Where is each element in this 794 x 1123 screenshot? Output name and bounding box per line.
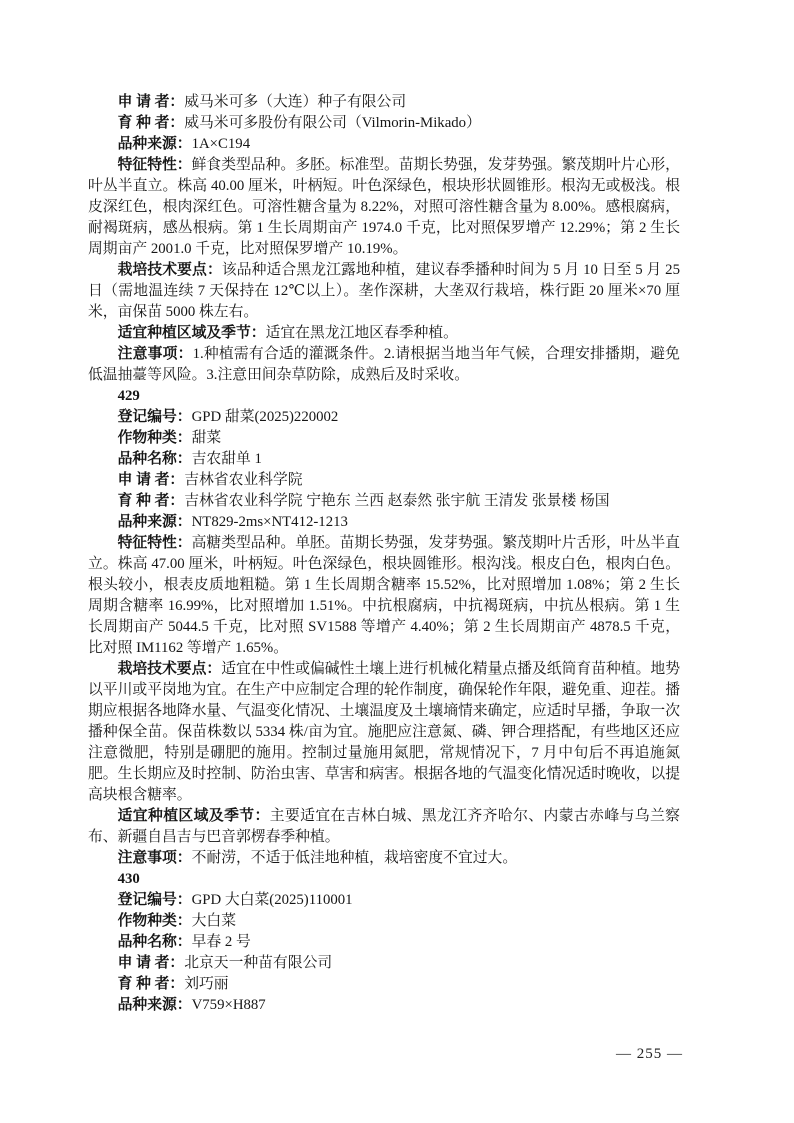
field-notes: 注意事项：1.种植需有合适的灌溉条件。2.请根据当地当年气候，合理安排播期，避免… — [88, 344, 680, 386]
document-page: 申 请 者：威马米可多（大连）种子有限公司 育 种 者：威马米可多股份有限公司（… — [0, 0, 794, 1123]
field-label: 注意事项： — [118, 346, 193, 362]
field-label: 栽培技术要点： — [118, 262, 222, 278]
field-applicant: 申 请 者：北京天一种苗有限公司 — [88, 953, 680, 974]
field-label: 品种来源： — [118, 136, 192, 152]
field-label: 登记编号： — [118, 892, 192, 908]
field-label: 申 请 者： — [118, 955, 185, 971]
field-value: V759×H887 — [192, 997, 266, 1013]
field-value: 不耐涝，不适于低洼地种植，栽培密度不宜过大。 — [192, 850, 518, 866]
field-cultivation: 栽培技术要点：适宜在中性或偏碱性土壤上进行机械化精量点播及纸筒育苗种植。地势以平… — [88, 659, 680, 806]
field-source: 品种来源：1A×C194 — [88, 134, 680, 155]
field-label: 适宜种植区域及季节： — [118, 325, 266, 341]
field-label: 品种来源： — [118, 997, 192, 1013]
field-region-season: 适宜种植区域及季节：适宜在黑龙江地区春季种植。 — [88, 323, 680, 344]
field-region-season: 适宜种植区域及季节：主要适宜在吉林白城、黑龙江齐齐哈尔、内蒙古赤峰与乌兰察布、新… — [88, 806, 680, 848]
field-label: 品种名称： — [118, 934, 192, 950]
page-content: 申 请 者：威马米可多（大连）种子有限公司 育 种 者：威马米可多股份有限公司（… — [88, 92, 680, 1016]
field-variety-name: 品种名称：早春 2 号 — [88, 932, 680, 953]
field-value: 吉林省农业科学院 宁艳东 兰西 赵泰然 张宇航 王清发 张景楼 杨国 — [184, 493, 609, 509]
field-value: 适宜在黑龙江地区春季种植。 — [266, 325, 458, 341]
field-label: 注意事项： — [118, 850, 192, 866]
field-label: 登记编号： — [118, 409, 192, 425]
field-label: 申 请 者： — [118, 472, 185, 488]
field-value: 适宜在中性或偏碱性土壤上进行机械化精量点播及纸筒育苗种植。地势以平川或平岗地为宜… — [88, 661, 680, 803]
field-value: 甜菜 — [192, 430, 222, 446]
field-label: 栽培技术要点： — [118, 661, 222, 677]
field-registration-number: 登记编号：GPD 大白菜(2025)110001 — [88, 890, 680, 911]
field-label: 特征特性： — [118, 157, 192, 173]
field-applicant: 申 请 者：吉林省农业科学院 — [88, 470, 680, 491]
field-label: 品种来源： — [118, 514, 192, 530]
field-label: 适宜种植区域及季节： — [118, 808, 270, 824]
field-label: 作物种类： — [118, 430, 192, 446]
field-value: 大白菜 — [192, 913, 236, 929]
field-label: 作物种类： — [118, 913, 192, 929]
field-value: GPD 大白菜(2025)110001 — [192, 892, 353, 908]
field-label: 育 种 者： — [118, 493, 185, 509]
field-value: 吉林省农业科学院 — [184, 472, 302, 488]
field-label: 品种名称： — [118, 451, 192, 467]
field-value: 威马米可多（大连）种子有限公司 — [184, 94, 406, 110]
field-value: 1A×C194 — [192, 136, 251, 152]
variety-entry: 430 登记编号：GPD 大白菜(2025)110001 作物种类：大白菜 品种… — [88, 869, 680, 1016]
variety-entry: 429 登记编号：GPD 甜菜(2025)220002 作物种类：甜菜 品种名称… — [88, 386, 680, 869]
field-source: 品种来源：V759×H887 — [88, 995, 680, 1016]
entry-number: 430 — [88, 869, 680, 890]
page-number-footer: — 255 — — [616, 1046, 683, 1063]
field-breeder: 育 种 者：威马米可多股份有限公司（Vilmorin-Mikado） — [88, 113, 680, 134]
field-breeder: 育 种 者：刘巧丽 — [88, 974, 680, 995]
field-value: 刘巧丽 — [184, 976, 228, 992]
field-value: 早春 2 号 — [192, 934, 251, 950]
field-label: 特征特性： — [118, 535, 192, 551]
field-variety-name: 品种名称：吉农甜单 1 — [88, 449, 680, 470]
field-traits: 特征特性：鲜食类型品种。多胚。标准型。苗期长势强，发芽势强。繁茂期叶片心形，叶丛… — [88, 155, 680, 260]
field-label: 育 种 者： — [118, 976, 185, 992]
field-value: 吉农甜单 1 — [192, 451, 262, 467]
field-label: 育 种 者： — [118, 115, 185, 131]
field-crop-type: 作物种类：大白菜 — [88, 911, 680, 932]
field-label: 申 请 者： — [118, 94, 185, 110]
variety-entry: 申 请 者：威马米可多（大连）种子有限公司 育 种 者：威马米可多股份有限公司（… — [88, 92, 680, 386]
field-source: 品种来源：NT829-2ms×NT412-1213 — [88, 512, 680, 533]
field-crop-type: 作物种类：甜菜 — [88, 428, 680, 449]
field-cultivation: 栽培技术要点：该品种适合黑龙江露地种植，建议春季播种时间为 5 月 10 日至 … — [88, 260, 680, 323]
field-value: 高糖类型品种。单胚。苗期长势强，发芽势强。繁茂期叶片舌形，叶丛半直立。株高 47… — [88, 535, 680, 656]
field-traits: 特征特性：高糖类型品种。单胚。苗期长势强，发芽势强。繁茂期叶片舌形，叶丛半直立。… — [88, 533, 680, 659]
field-registration-number: 登记编号：GPD 甜菜(2025)220002 — [88, 407, 680, 428]
field-value: 威马米可多股份有限公司（Vilmorin-Mikado） — [184, 115, 481, 131]
field-applicant: 申 请 者：威马米可多（大连）种子有限公司 — [88, 92, 680, 113]
field-notes: 注意事项：不耐涝，不适于低洼地种植，栽培密度不宜过大。 — [88, 848, 680, 869]
entry-number: 429 — [88, 386, 680, 407]
field-breeder: 育 种 者：吉林省农业科学院 宁艳东 兰西 赵泰然 张宇航 王清发 张景楼 杨国 — [88, 491, 680, 512]
field-value: NT829-2ms×NT412-1213 — [192, 514, 348, 530]
field-value: GPD 甜菜(2025)220002 — [192, 409, 339, 425]
field-value: 北京天一种苗有限公司 — [184, 955, 332, 971]
